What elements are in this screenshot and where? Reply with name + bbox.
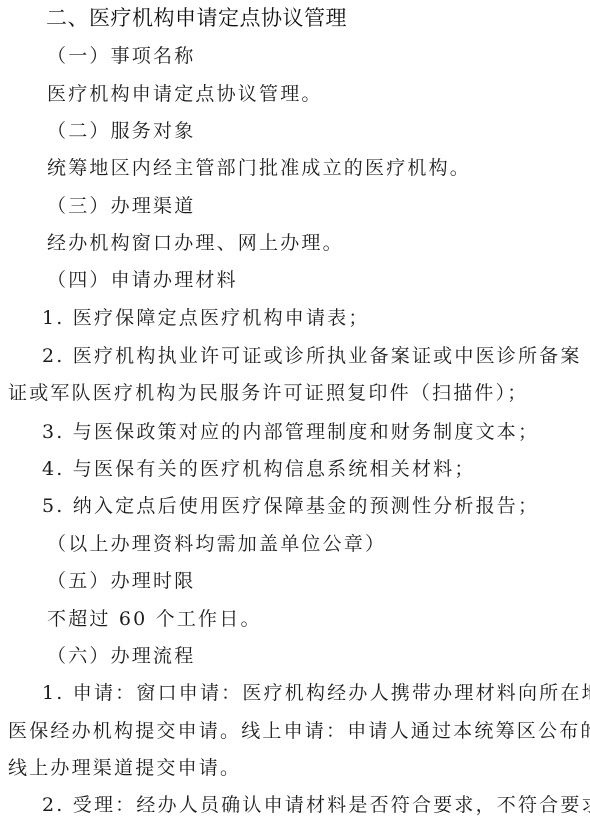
heading-process: （六）办理流程 bbox=[47, 644, 195, 668]
heading-channels: （三）办理渠道 bbox=[47, 194, 195, 218]
material-item: 3. 与医保政策对应的内部管理制度和财务制度文本； bbox=[42, 420, 539, 444]
paragraph: 经办机构窗口办理、网上办理。 bbox=[47, 231, 344, 255]
heading-materials: （四）申请办理材料 bbox=[47, 268, 238, 292]
heading-time-limit: （五）办理时限 bbox=[47, 569, 195, 593]
heading-service-target: （二）服务对象 bbox=[47, 119, 195, 143]
materials-note: （以上办理资料均需加盖单位公章） bbox=[47, 532, 386, 556]
material-item: 2. 医疗机构执业许可证或诊所执业备案证或中医诊所备案 bbox=[42, 344, 582, 368]
material-item: 5. 纳入定点后使用医疗保障基金的预测性分析报告； bbox=[42, 494, 539, 518]
material-item: 1. 医疗保障定点医疗机构申请表； bbox=[42, 306, 370, 330]
process-step: 2. 受理：经办人员确认申请材料是否符合要求，不符合要求 bbox=[42, 793, 590, 817]
paragraph: 医疗机构申请定点协议管理。 bbox=[47, 82, 323, 106]
material-item: 4. 与医保有关的医疗机构信息系统相关材料； bbox=[42, 457, 476, 481]
process-step-continued: 线上办理渠道提交申请。 bbox=[8, 756, 241, 780]
process-step: 1. 申请：窗口申请：医疗机构经办人携带办理材料向所在地 bbox=[42, 681, 590, 705]
material-item-continued: 证或军队医疗机构为民服务许可证照复印件（扫描件）； bbox=[8, 381, 529, 405]
section-title: 二、医疗机构申请定点协议管理 bbox=[46, 6, 347, 30]
paragraph: 不超过 60 个工作日。 bbox=[47, 607, 262, 631]
paragraph: 统筹地区内经主管部门批准成立的医疗机构。 bbox=[47, 156, 471, 180]
process-step-continued: 医保经办机构提交申请。线上申请：申请人通过本统筹区公布的 bbox=[8, 719, 590, 743]
heading-item-name: （一）事项名称 bbox=[47, 44, 195, 68]
